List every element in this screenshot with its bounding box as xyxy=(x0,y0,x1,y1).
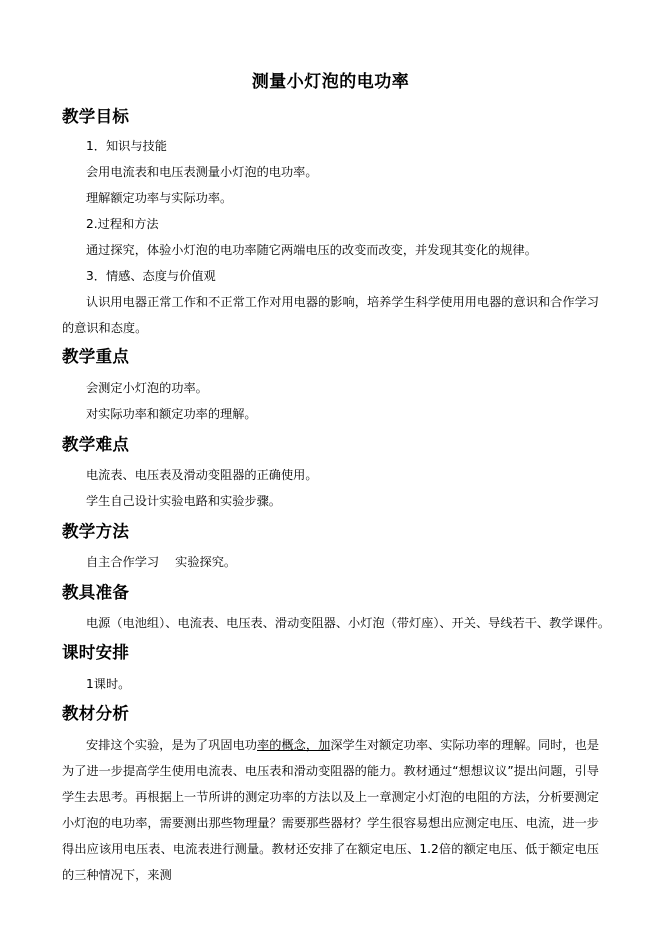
analysis-text-start: 安排这个实验，是为了巩固电功 xyxy=(86,738,257,752)
section-heading-key-points: 教学重点 xyxy=(62,346,129,368)
method-line: 自主合作学习 实验探究。 xyxy=(86,554,236,570)
analysis-text-rest: 深学生对额定功率、实际功率的理解。同时，也是为了进一步提高学生使用电流表、电压表… xyxy=(62,738,599,882)
analysis-underlined-text: 率的概念，加 xyxy=(257,738,330,752)
objective-subheading-process: 2.过程和方法 xyxy=(86,216,159,232)
objective-paragraph: 认识用电器正常工作和不正常工作对用电器的影响，培养学生科学使用用电器的意识和合作… xyxy=(62,289,599,341)
objective-line: 通过探究，体验小灯泡的电功率随它两端电压的改变而改变，并发现其变化的规律。 xyxy=(86,242,537,258)
analysis-paragraph: 安排这个实验，是为了巩固电功率的概念，加深学生对额定功率、实际功率的理解。同时，… xyxy=(62,732,599,888)
section-heading-difficulties: 教学难点 xyxy=(62,434,129,456)
objective-line: 理解额定功率与实际功率。 xyxy=(86,190,232,206)
section-heading-materials: 教具准备 xyxy=(62,582,129,604)
objective-subheading-knowledge: 1．知识与技能 xyxy=(86,138,167,154)
difficulty-line: 电流表、电压表及滑动变阻器的正确使用。 xyxy=(86,467,318,483)
section-heading-objectives: 教学目标 xyxy=(62,106,129,128)
section-heading-analysis: 教材分析 xyxy=(62,703,129,725)
schedule-line: 1课时。 xyxy=(86,676,130,692)
materials-line: 电源（电池组）、电流表、电压表、滑动变阻器、小灯泡（带灯座）、开关、导线若干、教… xyxy=(86,615,610,631)
objective-line: 会用电流表和电压表测量小灯泡的电功率。 xyxy=(86,164,318,180)
section-heading-methods: 教学方法 xyxy=(62,521,129,543)
section-heading-schedule: 课时安排 xyxy=(62,642,129,664)
difficulty-line: 学生自己设计实验电路和实验步骤。 xyxy=(86,493,281,509)
key-point-line: 会测定小灯泡的功率。 xyxy=(86,380,208,396)
document-title: 测量小灯泡的电功率 xyxy=(62,71,599,93)
key-point-line: 对实际功率和额定功率的理解。 xyxy=(86,406,257,422)
objective-subheading-attitude: 3．情感、态度与价值观 xyxy=(86,268,216,284)
